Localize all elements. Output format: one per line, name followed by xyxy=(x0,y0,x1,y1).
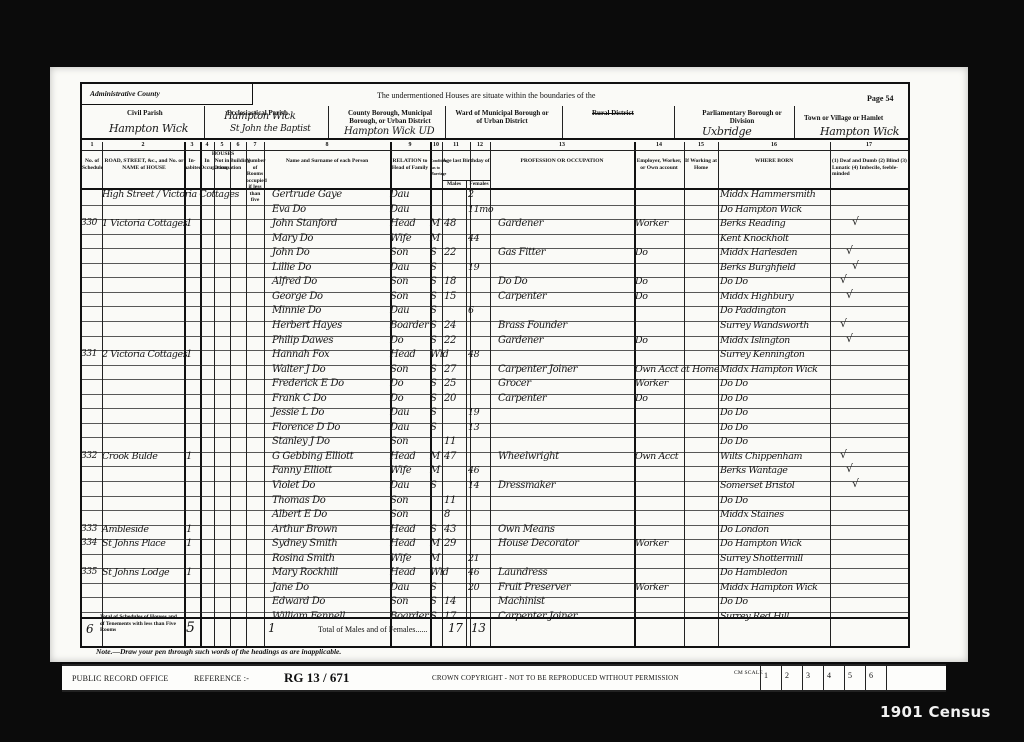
archive-reference-bar: PUBLIC RECORD OFFICE REFERENCE :- RG 13 … xyxy=(62,664,946,692)
row-condition: S xyxy=(430,305,436,316)
reference-value: RG 13 / 671 xyxy=(284,670,349,686)
row-name: Jessie L Do xyxy=(272,407,324,418)
row-name: Alfred Do xyxy=(272,276,317,287)
row-name: Eva Do xyxy=(272,204,306,215)
row-condition: M xyxy=(430,465,440,476)
ward-label: Ward of Municipal Borough or of Urban Di… xyxy=(452,109,552,125)
row-occupation: Laundress xyxy=(498,567,547,578)
town-value: Hampton Wick xyxy=(820,125,899,138)
row-age-male: 18 xyxy=(444,276,456,287)
row-where-born: Wilts Chippenham xyxy=(720,451,802,462)
row-where-born: Do Hampton Wick xyxy=(720,204,802,215)
check-mark-icon: √ xyxy=(840,317,847,330)
intro-text: The undermentioned Houses are situate wi… xyxy=(377,92,595,100)
row-condition: Wid xyxy=(430,567,449,578)
row-employer: Do xyxy=(635,276,648,287)
administrative-county-label: Administrative County xyxy=(90,90,160,98)
row-name: Walter J Do xyxy=(272,364,325,375)
row-employer: Worker xyxy=(635,378,668,389)
row-condition: S xyxy=(430,276,436,287)
row-address: 2 Victoria Cottages xyxy=(102,349,187,360)
scale-mark: 6 xyxy=(865,666,884,690)
row-where-born: Kent Knockholt xyxy=(720,233,789,244)
column-number: 16 xyxy=(766,142,782,148)
row-name: G Gebbing Elliott xyxy=(272,451,353,462)
row-relation: Boarder xyxy=(390,611,428,622)
column-number: 10 xyxy=(428,142,444,148)
row-age-male: 47 xyxy=(444,451,456,462)
row-employer: Own Acct xyxy=(635,451,678,462)
check-mark-icon: √ xyxy=(846,462,853,475)
row-condition: S xyxy=(430,393,436,404)
row-inhabited: 1 xyxy=(186,524,192,535)
row-occupation: Machinist xyxy=(498,596,545,607)
row-occupation: Gardener xyxy=(498,218,543,229)
row-employer: Own Acct at Home xyxy=(635,364,719,375)
row-relation: Head xyxy=(390,567,415,578)
totals-houses-value: 5 xyxy=(186,620,195,636)
column-header-name: Name and Surname of each Person xyxy=(272,158,382,165)
row-relation: Dau xyxy=(390,305,409,316)
row-address: St Johns Lodge xyxy=(102,567,169,578)
row-where-born: Do Hambledon xyxy=(720,567,787,578)
column-number: 9 xyxy=(402,142,418,148)
row-age-female: 19 xyxy=(468,407,479,418)
row-address: Ambleside xyxy=(102,524,149,535)
row-age-female: 2 xyxy=(468,189,474,200)
row-condition: S xyxy=(430,596,436,607)
column-number: 12 xyxy=(472,142,488,148)
row-age-male: 22 xyxy=(444,335,456,346)
scale-mark: 5 xyxy=(844,666,863,690)
row-relation: Son xyxy=(390,495,408,506)
row-relation: Son xyxy=(390,596,408,607)
row-age-male: 24 xyxy=(444,320,456,331)
row-age-male: 14 xyxy=(444,596,456,607)
parliamentary-value: Uxbridge xyxy=(702,125,752,138)
row-relation: Dau xyxy=(390,422,409,433)
row-where-born: Middx Hampton Wick xyxy=(720,582,818,593)
row-employer: Do xyxy=(635,393,648,404)
row-relation: Dau xyxy=(390,189,409,200)
row-inhabited: 1 xyxy=(186,218,192,229)
row-where-born: Do London xyxy=(720,524,769,535)
check-mark-icon: √ xyxy=(852,259,859,272)
page-number: Page 54 xyxy=(867,95,893,103)
row-relation: Son xyxy=(390,291,408,302)
row-condition: S xyxy=(430,320,436,331)
row-where-born: Do Hampton Wick xyxy=(720,538,802,549)
row-name: Sydney Smith xyxy=(272,538,337,549)
row-name: Stanley J Do xyxy=(272,436,330,447)
row-condition: S xyxy=(430,582,436,593)
row-name: Lillie Do xyxy=(272,262,311,273)
row-age-female: 46 xyxy=(468,465,479,476)
scale-mark: 3 xyxy=(802,666,821,690)
row-occupation: Carpenter xyxy=(498,291,546,302)
row-employer: Do xyxy=(635,247,648,258)
row-name: John Do xyxy=(272,247,309,258)
row-relation: Son xyxy=(390,247,408,258)
row-relation: Head xyxy=(390,218,415,229)
row-name: Jane Do xyxy=(272,582,309,593)
row-name: George Do xyxy=(272,291,323,302)
row-name: Herbert Hayes xyxy=(272,320,342,331)
row-condition: S xyxy=(430,407,436,418)
scale-mark: 1 xyxy=(760,666,779,690)
row-where-born: Surrey Kennington xyxy=(720,349,805,360)
row-name: Mary Do xyxy=(272,233,313,244)
row-where-born: Middx Highbury xyxy=(720,291,793,302)
row-address: 1 Victoria Cottages xyxy=(102,218,187,229)
row-age-male: 8 xyxy=(444,509,450,520)
row-age-male: 25 xyxy=(444,378,456,389)
row-relation: Do xyxy=(390,393,403,404)
totals-persons-label: Total of Males and of Females...... xyxy=(318,626,427,634)
civil-parish-value: Hampton Wick xyxy=(109,122,188,135)
row-relation: Son xyxy=(390,436,408,447)
column-header-working-home: If Working at Home xyxy=(684,158,718,171)
row-occupation: Gardener xyxy=(498,335,543,346)
row-relation: Head xyxy=(390,524,415,535)
row-name: Frank C Do xyxy=(272,393,326,404)
scale-mark: 2 xyxy=(781,666,800,690)
row-age-male: 11 xyxy=(444,436,456,447)
row-relation: Wife xyxy=(390,553,411,564)
row-condition: S xyxy=(430,335,436,346)
row-condition: M xyxy=(430,538,440,549)
column-header-condition: Condition as to Marriage xyxy=(430,158,442,178)
row-condition: S xyxy=(430,291,436,302)
row-where-born: Do Do xyxy=(720,495,748,506)
row-where-born: Do Do xyxy=(720,407,748,418)
column-number: 1 xyxy=(84,142,100,148)
row-schedule: 335 xyxy=(81,567,97,577)
row-age-female: 11mo xyxy=(468,204,493,215)
column-header-occupation: PROFESSION OR OCCUPATION xyxy=(492,158,632,165)
row-name: Thomas Do xyxy=(272,495,325,506)
totals-females: 13 xyxy=(471,621,485,635)
row-age-male: 29 xyxy=(444,538,456,549)
row-age-female: 44 xyxy=(468,233,479,244)
row-where-born: Middx Harlesden xyxy=(720,247,797,258)
column-number: 7 xyxy=(247,142,263,148)
column-number: 8 xyxy=(319,142,335,148)
rural-district-label: Rural District xyxy=(592,109,634,117)
row-where-born: Berks Burghfield xyxy=(720,262,796,273)
row-name: Violet Do xyxy=(272,480,315,491)
row-condition: M xyxy=(430,218,440,229)
column-header-females: Females xyxy=(468,181,490,188)
row-relation: Dau xyxy=(390,582,409,593)
row-name: Philip Dawes xyxy=(272,335,333,346)
row-address: High Street / Victoria Cottages xyxy=(102,189,239,200)
row-where-born: Do Do xyxy=(720,393,748,404)
ecclesiastical-parish-value: Hampton Wick xyxy=(224,111,296,122)
row-condition: S xyxy=(430,262,436,273)
census-caption: 1901 Census xyxy=(880,703,991,721)
check-mark-icon: √ xyxy=(852,215,859,228)
row-address: Crook Bulde xyxy=(102,451,157,462)
row-age-female: 19 xyxy=(468,262,479,273)
row-relation: Boarder xyxy=(390,320,428,331)
row-where-born: Middx Islington xyxy=(720,335,790,346)
row-age-male: 15 xyxy=(444,291,456,302)
column-header-building: Building xyxy=(230,158,246,165)
parliamentary-label: Parliamentary Borough or Division xyxy=(692,109,792,125)
row-occupation: Carpenter xyxy=(498,393,546,404)
row-age-female: 13 xyxy=(468,422,479,433)
column-number: 15 xyxy=(693,142,709,148)
column-number: 3 xyxy=(184,142,200,148)
row-address: St Johns Place xyxy=(102,538,165,549)
county-borough-value: Hampton Wick UD xyxy=(344,126,434,137)
row-where-born: Surrey Wandsworth xyxy=(720,320,809,331)
row-relation: Son xyxy=(390,509,408,520)
row-occupation: Own Means xyxy=(498,524,554,535)
scale-mark: 4 xyxy=(823,666,842,690)
row-condition: M xyxy=(430,451,440,462)
row-where-born: Somerset Bristol xyxy=(720,480,794,491)
column-number: 13 xyxy=(554,142,570,148)
row-age-female: 20 xyxy=(468,582,479,593)
row-occupation: Do Do xyxy=(498,276,527,287)
column-header-males: Males xyxy=(442,181,466,188)
row-inhabited: 1 xyxy=(186,567,192,578)
row-age-female: 14 xyxy=(468,480,479,491)
row-name: Frederick E Do xyxy=(272,378,344,389)
row-occupation: Fruit Preserver xyxy=(498,582,570,593)
row-inhabited: 1 xyxy=(186,349,192,360)
column-number: 6 xyxy=(230,142,246,148)
totals-schedules-label: Total of Schedules of Houses and of Tene… xyxy=(100,614,178,634)
row-where-born: Do Do xyxy=(720,378,748,389)
check-mark-icon: √ xyxy=(846,244,853,257)
row-where-born: Middx Staines xyxy=(720,509,784,520)
row-relation: Dau xyxy=(390,480,409,491)
row-condition: S xyxy=(430,422,436,433)
column-header-schedule: No. of Schedule xyxy=(82,158,102,171)
row-name: Minnie Do xyxy=(272,305,321,316)
row-name: Arthur Brown xyxy=(272,524,337,535)
row-where-born: Middx Hampton Wick xyxy=(720,364,818,375)
row-age-female: 21 xyxy=(468,553,479,564)
row-age-male: 27 xyxy=(444,364,456,375)
row-occupation: Brass Founder xyxy=(498,320,567,331)
row-where-born: Berks Reading xyxy=(720,218,785,229)
check-mark-icon: √ xyxy=(846,288,853,301)
row-condition: S xyxy=(430,480,436,491)
row-schedule: 330 xyxy=(81,218,97,228)
column-header-in-occupation: In Occupation xyxy=(200,158,214,171)
row-where-born: Do Do xyxy=(720,422,748,433)
row-relation: Son xyxy=(390,364,408,375)
row-name: Fanny Elliott xyxy=(272,465,332,476)
county-borough-label: County Borough, Municipal Borough, or Ur… xyxy=(335,109,445,125)
row-inhabited: 1 xyxy=(186,451,192,462)
column-header-where-born: WHERE BORN xyxy=(718,158,830,165)
row-relation: Do xyxy=(390,378,403,389)
row-age-female: 48 xyxy=(468,349,479,360)
row-employer: Worker xyxy=(635,538,668,549)
row-where-born: Berks Wantage xyxy=(720,465,788,476)
row-schedule: 334 xyxy=(81,538,97,548)
row-age-male: 11 xyxy=(444,495,456,506)
copyright-notice: CROWN COPYRIGHT - NOT TO BE REPRODUCED W… xyxy=(432,674,679,682)
row-name: Mary Rockhill xyxy=(272,567,338,578)
row-age-male: 43 xyxy=(444,524,456,535)
row-occupation: Carpenter Joiner xyxy=(498,364,577,375)
row-age-male: 20 xyxy=(444,393,456,404)
row-occupation: Wheelwright xyxy=(498,451,559,462)
row-employer: Worker xyxy=(635,582,668,593)
check-mark-icon: √ xyxy=(846,332,853,345)
row-relation: Head xyxy=(390,538,415,549)
column-number: 11 xyxy=(448,142,464,148)
totals-males: 17 xyxy=(448,621,462,635)
row-relation: Head xyxy=(390,349,415,360)
row-age-male: 48 xyxy=(444,218,456,229)
column-number: 5 xyxy=(214,142,230,148)
row-occupation: Carpenter Joiner xyxy=(498,611,577,622)
column-header-relation: RELATION to Head of Family xyxy=(390,158,430,171)
row-occupation: Gas Fitter xyxy=(498,247,545,258)
row-relation: Wife xyxy=(390,233,411,244)
row-relation: Dau xyxy=(390,407,409,418)
row-where-born: Surrey Shottermill xyxy=(720,553,803,564)
row-relation: Wife xyxy=(390,465,411,476)
civil-parish-label: Civil Parish xyxy=(127,109,163,117)
row-relation: Do xyxy=(390,335,403,346)
row-schedule: 331 xyxy=(81,349,97,359)
column-header-employer: Employer, Worker, or Own account xyxy=(634,158,684,171)
row-name: Albert E Do xyxy=(272,509,327,520)
row-condition: S xyxy=(430,524,436,535)
row-relation: Dau xyxy=(390,262,409,273)
row-age-female: 46 xyxy=(468,567,479,578)
column-header-inhabited: In-habited xyxy=(184,158,200,171)
row-name: John Stanford xyxy=(272,218,337,229)
row-name: Florence D Do xyxy=(272,422,340,433)
row-where-born: Do Paddington xyxy=(720,305,786,316)
row-where-born: Surrey Red Hill xyxy=(720,611,789,622)
column-number: 17 xyxy=(861,142,877,148)
check-mark-icon: √ xyxy=(852,477,859,490)
row-name: Gertrude Gaye xyxy=(272,189,342,200)
column-number: 2 xyxy=(135,142,151,148)
column-header-not-in-occupation: Not in Occupation xyxy=(214,158,230,171)
row-name: Edward Do xyxy=(272,596,325,607)
row-relation: Head xyxy=(390,451,415,462)
column-header-houses: HOUSES xyxy=(200,151,246,158)
row-where-born: Do Do xyxy=(720,596,748,607)
column-header-rooms: Number of Rooms occupied if less than fi… xyxy=(246,158,264,204)
row-condition: S xyxy=(430,247,436,258)
row-name: William Fennell xyxy=(272,611,345,622)
row-condition: S xyxy=(430,611,436,622)
column-number: 4 xyxy=(199,142,215,148)
row-relation: Son xyxy=(390,276,408,287)
column-header-road: ROAD, STREET, &c., and No. or NAME of HO… xyxy=(104,158,184,171)
ecclesiastical-parish-value-2: St John the Baptist xyxy=(230,124,311,134)
instruction-note: Note.—Draw your pen through such words o… xyxy=(96,648,341,656)
check-mark-icon: √ xyxy=(840,448,847,461)
row-condition: S xyxy=(430,378,436,389)
row-schedule: 333 xyxy=(81,524,97,534)
cm-scale-label: CM SCALE xyxy=(734,670,754,676)
row-name: Hannah Fox xyxy=(272,349,329,360)
row-where-born: Do Do xyxy=(720,276,748,287)
column-number: 14 xyxy=(651,142,667,148)
row-inhabited: 1 xyxy=(186,538,192,549)
totals-schedules-value: 6 xyxy=(86,622,93,636)
row-employer: Do xyxy=(635,335,648,346)
row-occupation: Dressmaker xyxy=(498,480,555,491)
row-occupation: House Decorator xyxy=(498,538,579,549)
row-occupation: Grocer xyxy=(498,378,531,389)
row-condition: S xyxy=(430,364,436,375)
row-relation: Dau xyxy=(390,204,409,215)
row-name: Rosina Smith xyxy=(272,553,335,564)
row-condition: M xyxy=(430,233,440,244)
row-where-born: Middx Hammersmith xyxy=(720,189,816,200)
row-condition: M xyxy=(430,553,440,564)
public-record-office: PUBLIC RECORD OFFICE xyxy=(72,674,168,683)
row-age-male: 22 xyxy=(444,247,456,258)
row-employer: Do xyxy=(635,291,648,302)
check-mark-icon: √ xyxy=(840,273,847,286)
column-header-age: Age last Birthday of xyxy=(442,158,490,165)
town-label: Town or Village or Hamlet xyxy=(804,114,883,122)
row-age-female: 6 xyxy=(468,305,474,316)
row-where-born: Do Do xyxy=(720,436,748,447)
column-header-infirmity: (1) Deaf and Dumb (2) Blind (3) Lunatic … xyxy=(832,158,908,178)
totals-rooms-value: 1 xyxy=(268,621,275,635)
reference-label: REFERENCE :- xyxy=(194,674,249,683)
row-condition: Wid xyxy=(430,349,449,360)
row-schedule: 332 xyxy=(81,451,97,461)
row-employer: Worker xyxy=(635,218,668,229)
